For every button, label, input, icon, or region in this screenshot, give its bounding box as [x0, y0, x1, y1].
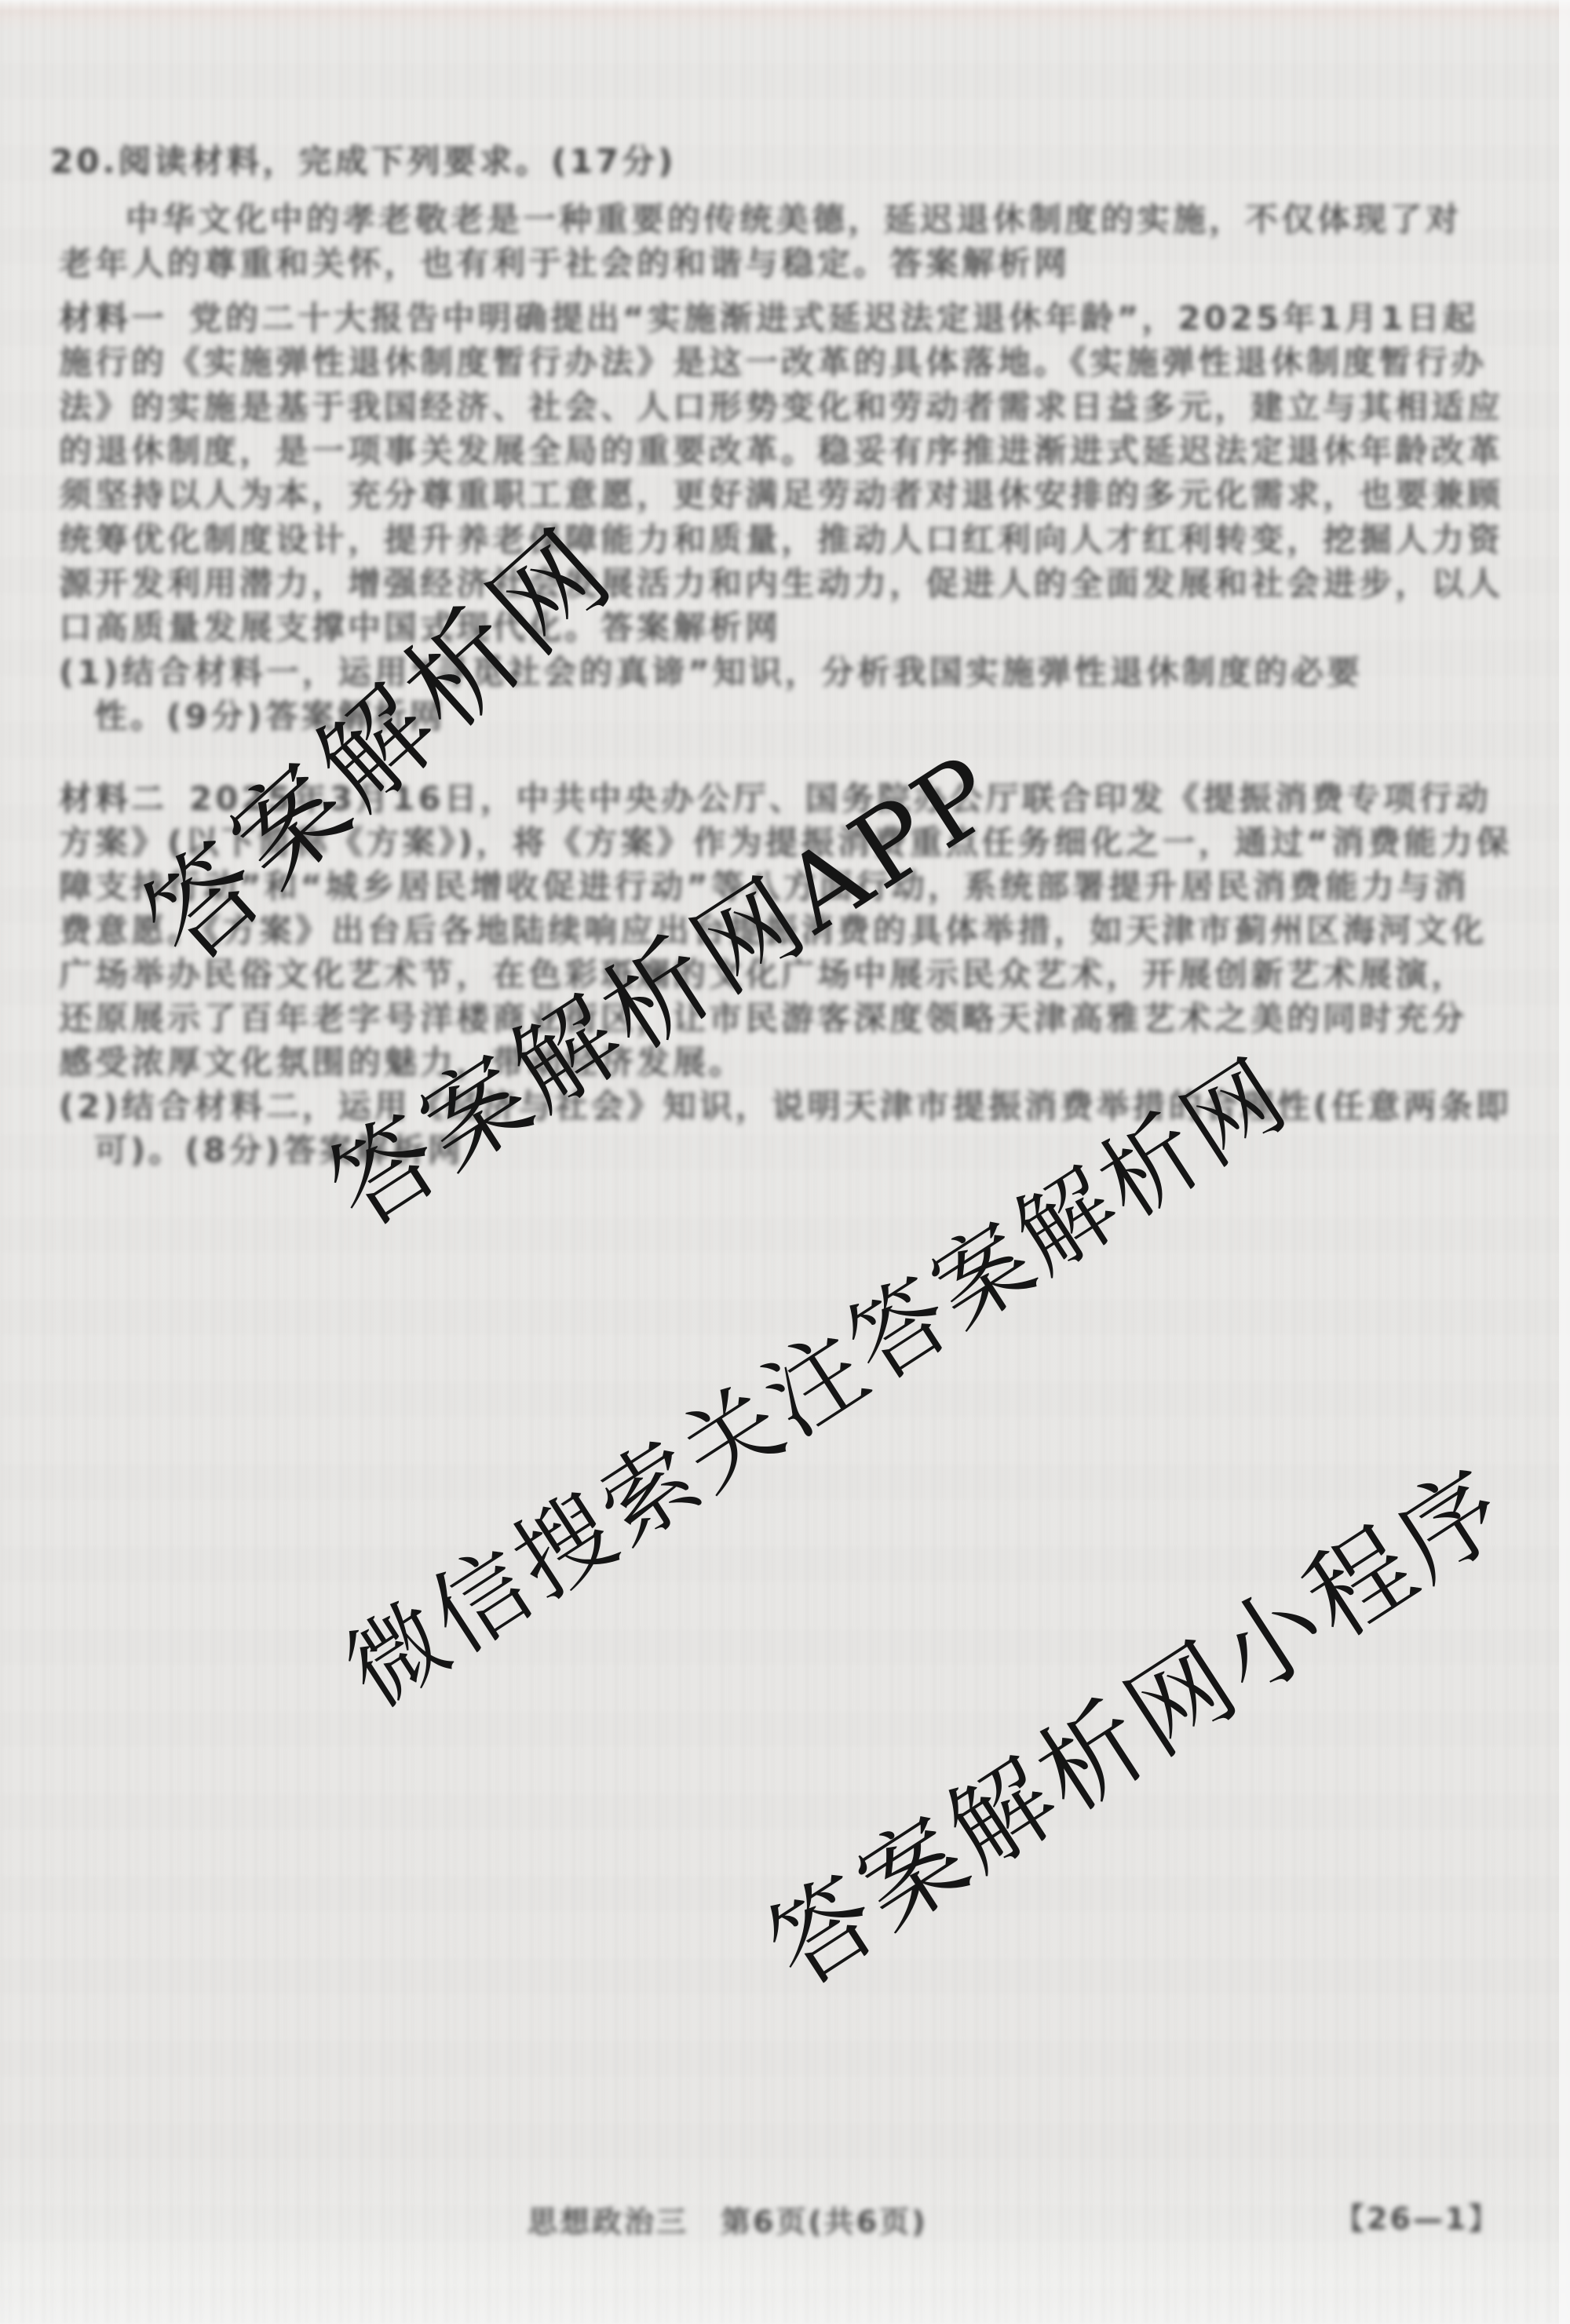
- intro-line: 老年人的尊重和关怀，也有利于社会的和谐与稳定。答案解析网: [59, 243, 1070, 284]
- material-1-line: 源开发利用潜力，增强经济社会发展活力和内生动力，促进人的全面发展和社会进步，以人: [59, 564, 1503, 604]
- material-1-line: 施行的《实施弹性退休制度暂行办法》是这一改革的具体落地。《实施弹性退休制度暂行办: [59, 342, 1487, 383]
- material-1-line: 统筹优化制度设计，提升养老保障能力和质量，推动人口红利向人才红利转变，挖掘人力资: [59, 520, 1503, 560]
- sub-question-1-line: (1)结合材料一，运用“寻觅社会的真谛”知识，分析我国实施弹性退休制度的必要: [59, 652, 1363, 693]
- scanned-text-layer: 20.阅读材料，完成下列要求。(17分) 中华文化中的孝老敬老是一种重要的传统美…: [0, 0, 1570, 2324]
- intro-line: 中华文化中的孝老敬老是一种重要的传统美德，延迟退休制度的实施，不仅体现了对: [126, 199, 1462, 240]
- material-2-label: 材料二: [59, 779, 167, 818]
- material-1-label: 材料一: [59, 299, 167, 337]
- material-1-first-line: 材料一党的二十大报告中明确提出“实施渐进式延迟法定退休年龄”，2025年1月1日…: [59, 298, 1479, 339]
- material-1-line: 法》的实施是基于我国经济、社会、人口形势变化和劳动者需求日益多元，建立与其相适应: [59, 387, 1503, 428]
- material-1-line: 的退休制度，是一项事关发展全局的重要改革。稳妥有序推进渐进式延迟法定退休年龄改革: [59, 431, 1503, 472]
- material-1-text: 党的二十大报告中明确提出“实施渐进式延迟法定退休年龄”，2025年1月1日起: [189, 299, 1479, 337]
- footer-page-info: 思想政治三 第6页(共6页): [528, 2198, 928, 2241]
- exam-scan-page: 20.阅读材料，完成下列要求。(17分) 中华文化中的孝老敬老是一种重要的传统美…: [0, 0, 1570, 2324]
- material-1-line: 须坚持以人为本，充分尊重职工意愿，更好满足劳动者对退休安排的多元化需求，也要兼顾: [59, 475, 1503, 516]
- question-20-title: 20.阅读材料，完成下列要求。(17分): [50, 141, 676, 182]
- footer-code: 【26—1】: [1334, 2194, 1500, 2238]
